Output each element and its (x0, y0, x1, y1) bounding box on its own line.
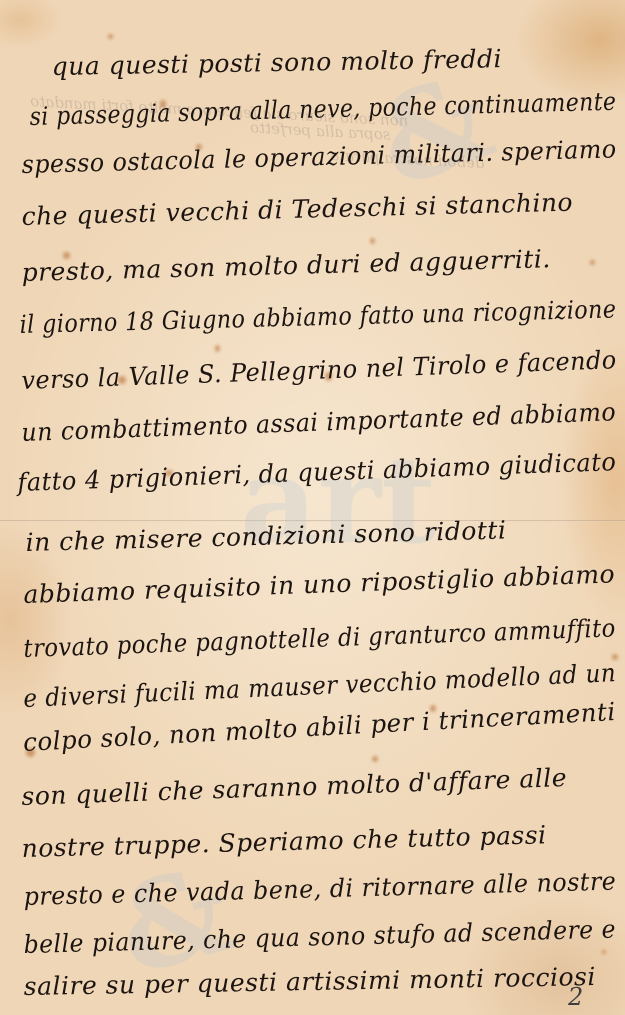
letter-line: un combattimento assai importante ed abb… (21, 397, 617, 447)
stain (602, 950, 606, 954)
letter-line: belle pianure, che qua sono stufo ad sce… (23, 914, 616, 959)
letter-line: son quelli che saranno molto d'affare al… (21, 763, 567, 811)
letter-line: il giorno 18 Giugno abbiamo fatto una ri… (19, 294, 617, 339)
stain (370, 238, 375, 244)
letter-line: abbiamo requisito in uno ripostiglio abb… (23, 559, 616, 609)
letter-line: spesso ostacola le operazioni militari. … (21, 134, 617, 179)
letter-line: nostre truppe. Speriamo che tutto passi (21, 820, 547, 863)
letter-page: & art & non sono sicuro sia felice ora m… (0, 0, 625, 1015)
letter-line: che questi vecchi di Tedeschi si stanchi… (21, 188, 573, 231)
stain (590, 260, 595, 265)
stain (215, 345, 220, 352)
stain (108, 34, 113, 39)
letter-line: presto e che vada bene, di ritornare all… (23, 866, 616, 911)
letter-line: qua questi posti sono molto freddi (51, 44, 502, 81)
letter-line: presto, ma son molto duri ed agguerriti. (21, 244, 551, 287)
stain (372, 756, 378, 762)
page-number: 2 (568, 983, 583, 1011)
letter-line: fatto 4 prigionieri, da questi abbiamo g… (17, 447, 617, 497)
letter-line: verso la Valle S. Pellegrino nel Tirolo … (21, 345, 617, 395)
letter-line: salire su per questi artissimi monti roc… (23, 962, 596, 1001)
letter-line: trovato poche pagnottelle di granturco a… (23, 613, 616, 663)
